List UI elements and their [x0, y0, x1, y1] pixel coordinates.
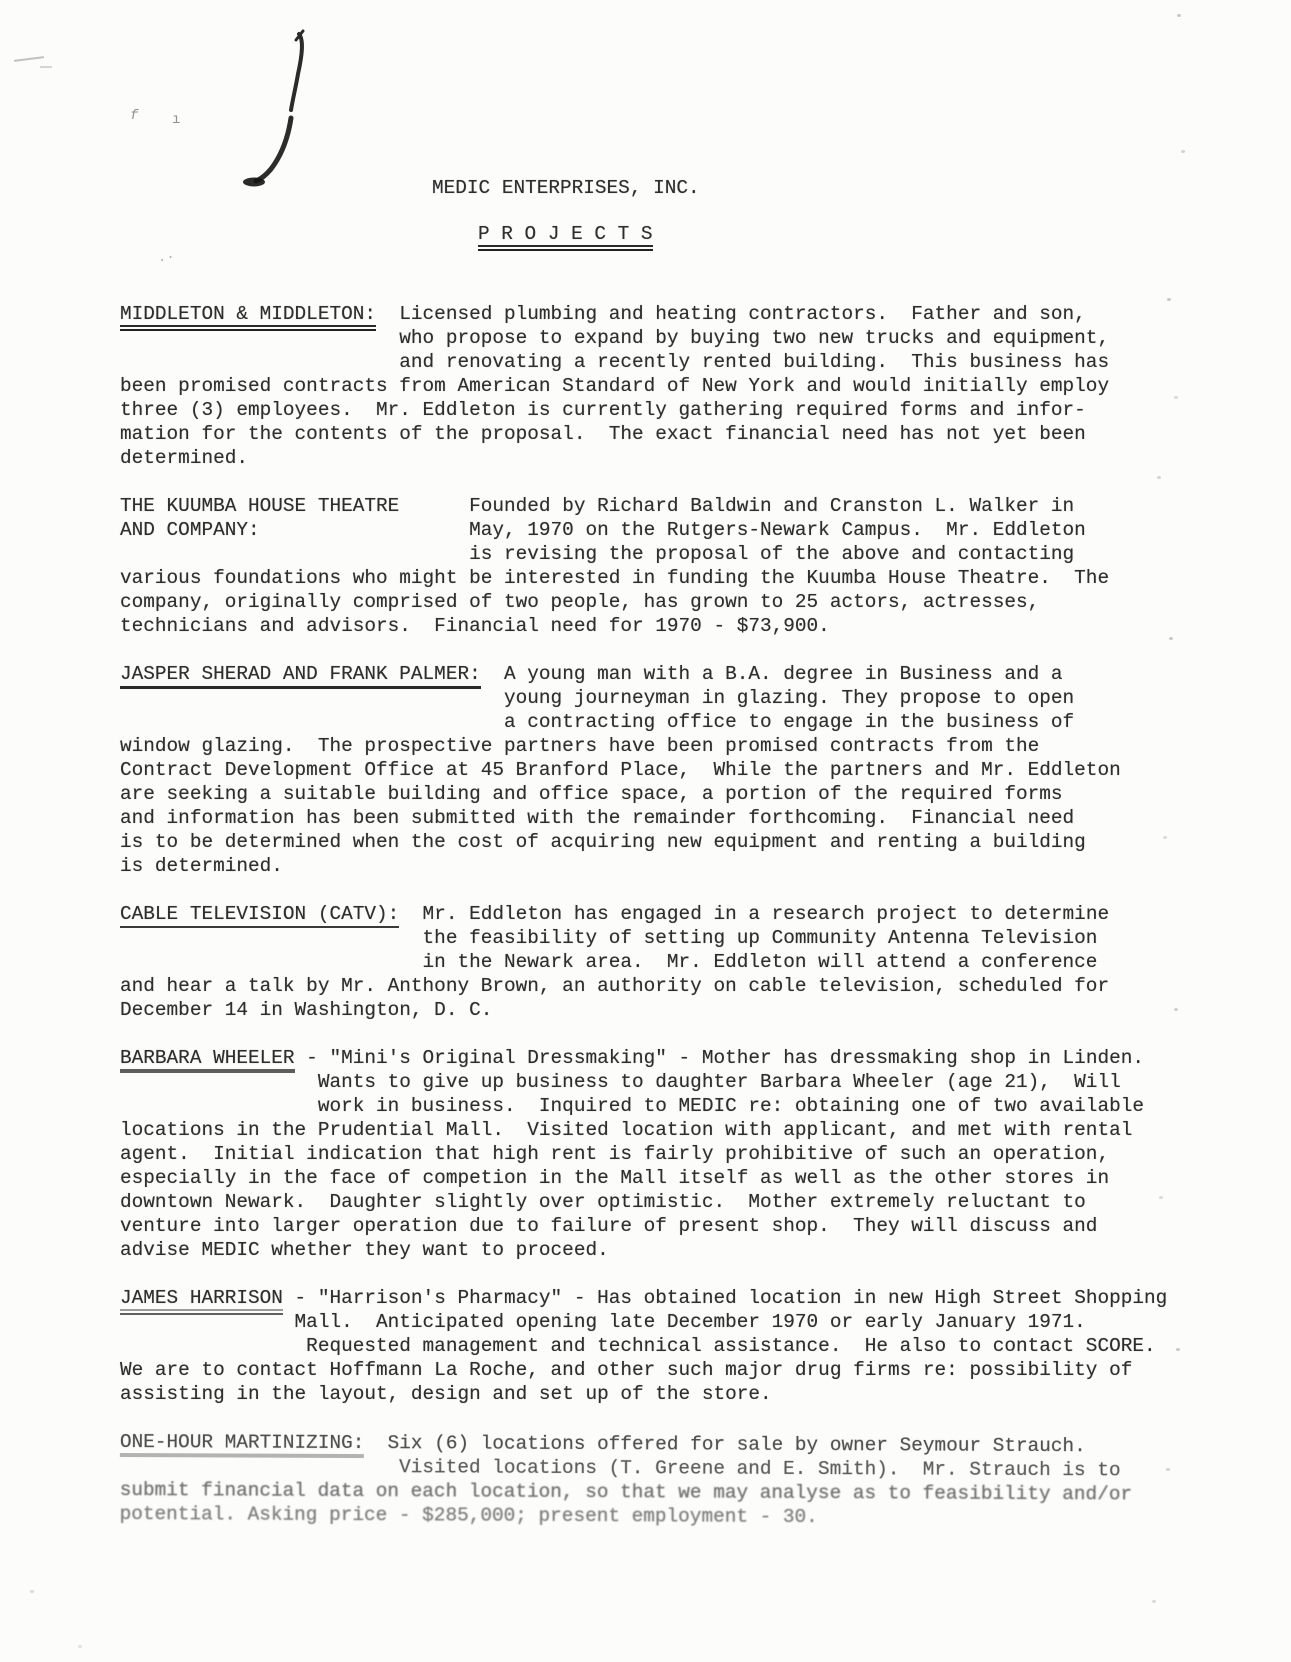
section-cable-television: CABLE TELEVISION (CATV): Mr. Eddleton ha…: [120, 902, 1280, 1022]
text-line: a contracting office to engage in the bu…: [120, 710, 1280, 734]
section-one-hour-martinizing: ONE-HOUR MARTINIZING: Six (6) locations …: [120, 1430, 1280, 1531]
document-subtitle: P R O J E C T S: [478, 222, 1280, 246]
text-line: agent. Initial indication that high rent…: [120, 1142, 1280, 1166]
text-line: and hear a talk by Mr. Anthony Brown, an…: [120, 974, 1280, 998]
section-heading: CABLE TELEVISION (CATV):: [120, 903, 399, 928]
scan-noise-dot: [1152, 1600, 1156, 1603]
text-line: who propose to expand by buying two new …: [120, 326, 1280, 350]
text-line: is to be determined when the cost of acq…: [120, 830, 1280, 854]
text-line: CABLE TELEVISION (CATV): Mr. Eddleton ha…: [120, 902, 1280, 926]
section-kuumba-house-theatre: THE KUUMBA HOUSE THEATRE Founded by Rich…: [120, 494, 1280, 638]
section-middleton-middleton: MIDDLETON & MIDDLETON: Licensed plumbing…: [120, 302, 1280, 470]
section-lines: who propose to expand by buying two new …: [120, 326, 1280, 470]
text-line: is determined.: [120, 854, 1280, 878]
subtitle-text: P R O J E C T S: [478, 223, 653, 251]
section-text: Licensed plumbing and heating contractor…: [376, 303, 1086, 325]
text-line: Contract Development Office at 45 Branfo…: [120, 758, 1280, 782]
text-line: JAMES HARRISON - "Harrison's Pharmacy" -…: [120, 1286, 1280, 1310]
scan-noise-dash: [14, 56, 44, 62]
text-line: mation for the contents of the proposal.…: [120, 422, 1280, 446]
text-line: technicians and advisors. Financial need…: [120, 614, 1280, 638]
text-line: and renovating a recently rented buildin…: [120, 350, 1280, 374]
document-body: MIDDLETON & MIDDLETON: Licensed plumbing…: [120, 302, 1280, 1526]
section-lines: is revising the proposal of the above an…: [120, 542, 1280, 638]
text-line: MIDDLETON & MIDDLETON: Licensed plumbing…: [120, 302, 1280, 326]
section-text: - "Mini's Original Dressmaking" - Mother…: [295, 1047, 1144, 1069]
scanned-document-page: f ı .· MEDIC ENTERPRISES, INC. P R O J E…: [0, 0, 1291, 1662]
text-line: THE KUUMBA HOUSE THEATRE Founded by Rich…: [120, 494, 1280, 518]
section-heading: THE KUUMBA HOUSE THEATRE: [120, 495, 399, 517]
scan-noise-dot: [78, 1645, 82, 1648]
text-line: potential. Asking price - $285,000; pres…: [120, 1502, 1280, 1531]
text-line: locations in the Prudential Mall. Visite…: [120, 1118, 1280, 1142]
section-james-harrison: JAMES HARRISON - "Harrison's Pharmacy" -…: [120, 1286, 1280, 1406]
scan-noise-dash: [40, 66, 52, 68]
text-line: work in business. Inquired to MEDIC re: …: [120, 1094, 1280, 1118]
text-line: Mall. Anticipated opening late December …: [120, 1310, 1280, 1334]
section-lines: the feasibility of setting up Community …: [120, 926, 1280, 1022]
text-line: December 14 in Washington, D. C.: [120, 998, 1280, 1022]
scan-noise-dot: [30, 1590, 34, 1593]
section-text: May, 1970 on the Rutgers-Newark Campus. …: [260, 519, 1086, 541]
text-line: assisting in the layout, design and set …: [120, 1382, 1280, 1406]
text-line: company, originally comprised of two peo…: [120, 590, 1280, 614]
text-line: advise MEDIC whether they want to procee…: [120, 1238, 1280, 1262]
document-content: MEDIC ENTERPRISES, INC. P R O J E C T S …: [120, 0, 1280, 1550]
text-line: Wants to give up business to daughter Ba…: [120, 1070, 1280, 1094]
section-text: - "Harrison's Pharmacy" - Has obtained l…: [283, 1287, 1167, 1309]
text-line: and information has been submitted with …: [120, 806, 1280, 830]
text-line: determined.: [120, 446, 1280, 470]
text-line: We are to contact Hoffmann La Roche, and…: [120, 1358, 1280, 1382]
text-line: AND COMPANY: May, 1970 on the Rutgers-Ne…: [120, 518, 1280, 542]
text-line: JASPER SHERAD AND FRANK PALMER: A young …: [120, 662, 1280, 686]
section-heading: AND COMPANY:: [120, 519, 260, 541]
section-jasper-sherad-frank-palmer: JASPER SHERAD AND FRANK PALMER: A young …: [120, 662, 1280, 878]
text-line: been promised contracts from American St…: [120, 374, 1280, 398]
section-text: A young man with a B.A. degree in Busine…: [481, 663, 1063, 685]
section-barbara-wheeler: BARBARA WHEELER - "Mini's Original Dress…: [120, 1046, 1280, 1262]
text-line: especially in the face of competion in t…: [120, 1166, 1280, 1190]
section-text: Six (6) locations offered for sale by ow…: [364, 1432, 1086, 1457]
section-text: Founded by Richard Baldwin and Cranston …: [399, 495, 1074, 517]
section-text: Mr. Eddleton has engaged in a research p…: [399, 903, 1109, 925]
text-line: three (3) employees. Mr. Eddleton is cur…: [120, 398, 1280, 422]
section-lines: Wants to give up business to daughter Ba…: [120, 1070, 1280, 1262]
text-line: various foundations who might be interes…: [120, 566, 1280, 590]
section-lines: Mall. Anticipated opening late December …: [120, 1310, 1280, 1406]
document-title: MEDIC ENTERPRISES, INC.: [432, 176, 1280, 200]
text-line: in the Newark area. Mr. Eddleton will at…: [120, 950, 1280, 974]
text-line: is revising the proposal of the above an…: [120, 542, 1280, 566]
section-lines: Visited locations (T. Greene and E. Smit…: [120, 1454, 1280, 1531]
text-line: the feasibility of setting up Community …: [120, 926, 1280, 950]
text-line: young journeyman in glazing. They propos…: [120, 686, 1280, 710]
text-line: venture into larger operation due to fai…: [120, 1214, 1280, 1238]
section-lines: young journeyman in glazing. They propos…: [120, 686, 1280, 878]
text-line: BARBARA WHEELER - "Mini's Original Dress…: [120, 1046, 1280, 1070]
text-line: are seeking a suitable building and offi…: [120, 782, 1280, 806]
text-line: Requested management and technical assis…: [120, 1334, 1280, 1358]
text-line: downtown Newark. Daughter slightly over …: [120, 1190, 1280, 1214]
text-line: window glazing. The prospective partners…: [120, 734, 1280, 758]
